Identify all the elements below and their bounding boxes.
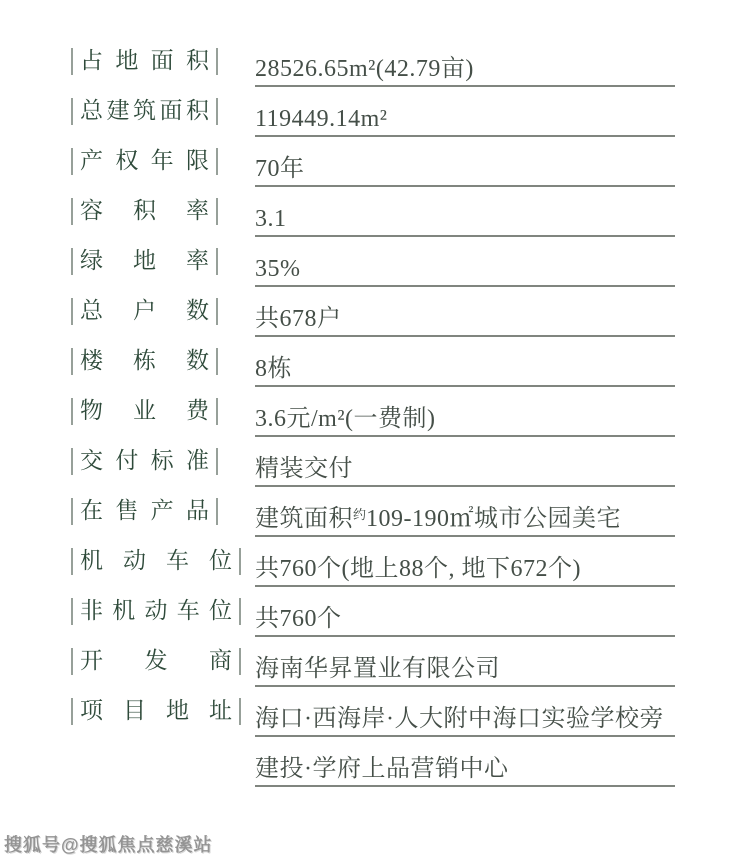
value-text: 建筑面积 (255, 506, 353, 532)
row-label: 项目地址 (73, 696, 239, 726)
row-value: 共760个(地上88个, 地下672个) (255, 556, 675, 587)
label-right-bar (216, 448, 218, 475)
row-value: 建筑面积约109-190㎡城市公园美宅 (255, 502, 675, 537)
info-row: 开发商 海南华昇置业有限公司 (0, 637, 740, 687)
info-rows: 占地面积 28526.65m²(42.79亩) 总建筑面积 119449.14m… (0, 37, 740, 787)
row-label: 楼栋数 (73, 346, 216, 376)
value-text: 海口·西海岸·人大附中海口实验学校旁 (255, 706, 664, 732)
row-label-box: 交付标准 (71, 446, 218, 476)
row-value: 8栋 (255, 356, 675, 387)
label-right-bar (216, 298, 218, 325)
value-text: 精装交付 (255, 456, 353, 482)
row-value: 70年 (255, 156, 675, 187)
row-value: 28526.65m²(42.79亩) (255, 56, 675, 87)
info-row: 建投·学府上品营销中心 (0, 737, 740, 787)
value-text: 共760个 (255, 606, 342, 632)
row-label-box: 绿地率 (71, 246, 218, 276)
row-label: 占地面积 (73, 46, 216, 76)
row-value: 共678户 (255, 306, 675, 337)
value-text: 109-190㎡城市公园美宅 (366, 506, 621, 532)
value-text: 8栋 (255, 356, 292, 382)
value-text: 3.1 (255, 206, 287, 232)
info-row: 总户数 共678户 (0, 287, 740, 337)
info-row: 在售产品 建筑面积约109-190㎡城市公园美宅 (0, 487, 740, 537)
label-right-bar (216, 348, 218, 375)
info-row: 非机动车位 共760个 (0, 587, 740, 637)
label-right-bar (216, 198, 218, 225)
row-label-box: 楼栋数 (71, 346, 218, 376)
label-right-bar (216, 248, 218, 275)
value-text: 共678户 (255, 306, 342, 332)
info-row: 机动车位 共760个(地上88个, 地下672个) (0, 537, 740, 587)
label-right-bar (239, 648, 241, 675)
row-value: 精装交付 (255, 456, 675, 487)
info-row: 交付标准 精装交付 (0, 437, 740, 487)
label-right-bar (239, 698, 241, 725)
row-value: 海口·西海岸·人大附中海口实验学校旁 (255, 706, 675, 737)
row-label-box: 机动车位 (71, 546, 241, 576)
label-right-bar (239, 598, 241, 625)
value-text: 3.6元/m²(一费制) (255, 406, 436, 432)
info-row: 产权年限 70年 (0, 137, 740, 187)
row-label-box: 总户数 (71, 296, 218, 326)
row-value: 119449.14m² (255, 106, 675, 137)
label-right-bar (239, 548, 241, 575)
row-label-box: 产权年限 (71, 146, 218, 176)
row-value: 3.1 (255, 206, 675, 237)
value-text: 28526.65m²(42.79亩) (255, 56, 474, 82)
label-right-bar (216, 498, 218, 525)
row-label: 开发商 (73, 646, 239, 676)
row-value: 海南华昇置业有限公司 (255, 656, 675, 687)
value-text: 共760个(地上88个, 地下672个) (255, 556, 581, 582)
row-label-box: 容积率 (71, 196, 218, 226)
watermark: 搜狐号@搜狐焦点慈溪站 (4, 831, 213, 857)
row-label: 总建筑面积 (73, 96, 216, 126)
row-label-box: 物业费 (71, 396, 218, 426)
row-value: 共760个 (255, 606, 675, 637)
info-row: 项目地址 海口·西海岸·人大附中海口实验学校旁 (0, 687, 740, 737)
info-row: 容积率 3.1 (0, 187, 740, 237)
property-info-sheet: 占地面积 28526.65m²(42.79亩) 总建筑面积 119449.14m… (0, 0, 740, 861)
info-row: 绿地率 35% (0, 237, 740, 287)
row-label: 物业费 (73, 396, 216, 426)
row-label: 交付标准 (73, 446, 216, 476)
value-text: 建投·学府上品营销中心 (255, 756, 509, 782)
row-label: 容积率 (73, 196, 216, 226)
row-label-box: 开发商 (71, 646, 241, 676)
row-label: 机动车位 (73, 546, 239, 576)
value-text: 海南华昇置业有限公司 (255, 656, 500, 682)
info-row: 物业费 3.6元/m²(一费制) (0, 387, 740, 437)
row-label: 在售产品 (73, 496, 216, 526)
info-row: 总建筑面积 119449.14m² (0, 87, 740, 137)
label-right-bar (216, 48, 218, 75)
row-label: 总户数 (73, 296, 216, 326)
value-text: 70年 (255, 156, 305, 182)
row-label-box: 总建筑面积 (71, 96, 218, 126)
row-label-box: 占地面积 (71, 46, 218, 76)
value-text: 35% (255, 256, 301, 282)
row-label: 产权年限 (73, 146, 216, 176)
label-right-bar (216, 98, 218, 125)
row-value: 35% (255, 256, 675, 287)
row-label-box: 项目地址 (71, 696, 241, 726)
row-label-box: 在售产品 (71, 496, 218, 526)
row-label: 绿地率 (73, 246, 216, 276)
row-label-box: 非机动车位 (71, 596, 241, 626)
row-value: 3.6元/m²(一费制) (255, 406, 675, 437)
label-right-bar (216, 398, 218, 425)
label-right-bar (216, 148, 218, 175)
row-value: 建投·学府上品营销中心 (255, 756, 675, 787)
info-row: 楼栋数 8栋 (0, 337, 740, 387)
row-label: 非机动车位 (73, 596, 239, 626)
value-text: 119449.14m² (255, 106, 387, 132)
value-superscript: 约 (353, 507, 366, 522)
info-row: 占地面积 28526.65m²(42.79亩) (0, 37, 740, 87)
